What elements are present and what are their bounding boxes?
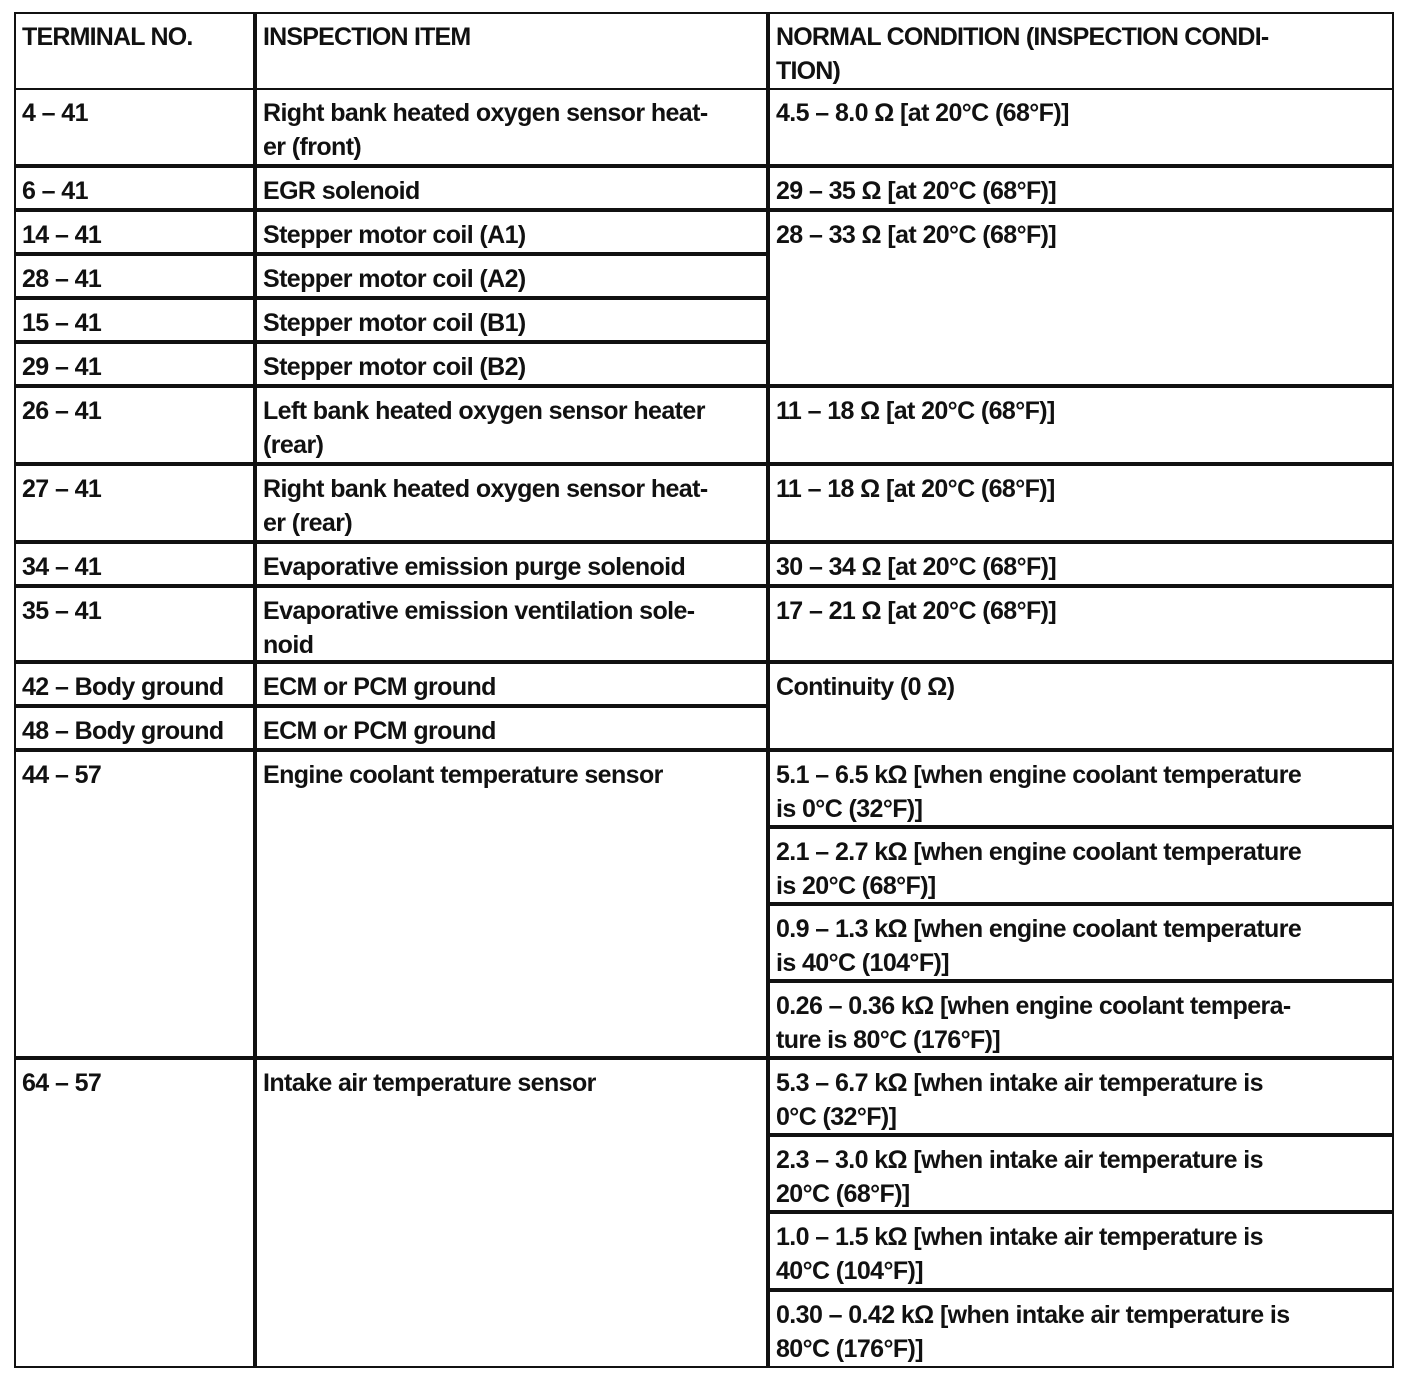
normal-condition-cell: 11 – 18 Ω [at 20°C (68°F)]	[768, 386, 1394, 464]
inspection-item-cell: Evaporative emission purge solenoid	[255, 542, 768, 586]
normal-condition-cell: 29 – 35 Ω [at 20°C (68°F)]	[768, 166, 1394, 210]
inspection-item-cell: Right bank heated oxygen sensor heat- er…	[255, 88, 768, 166]
inspection-item-cell: Left bank heated oxygen sensor heater (r…	[255, 386, 768, 464]
terminal-cell: 42 – Body ground	[14, 662, 255, 706]
terminal-cell: 14 – 41	[14, 210, 255, 254]
inspection-item-cell: Stepper motor coil (A2)	[255, 254, 768, 298]
terminal-cell: 64 – 57	[14, 1058, 255, 1368]
normal-condition-cell: 11 – 18 Ω [at 20°C (68°F)]	[768, 464, 1394, 542]
terminal-cell: 29 – 41	[14, 342, 255, 386]
normal-condition-cell: 5.1 – 6.5 kΩ [when engine coolant temper…	[768, 750, 1394, 827]
inspection-item-cell: Intake air temperature sensor	[255, 1058, 768, 1368]
inspection-item-cell: ECM or PCM ground	[255, 706, 768, 750]
inspection-item-cell: Stepper motor coil (B1)	[255, 298, 768, 342]
header-terminal-no: TERMINAL NO.	[14, 12, 255, 90]
normal-condition-cell: 5.3 – 6.7 kΩ [when intake air temperatur…	[768, 1058, 1394, 1135]
inspection-item-cell: EGR solenoid	[255, 166, 768, 210]
header-normal-condition: NORMAL CONDITION (INSPECTION CONDI- TION…	[768, 12, 1394, 90]
inspection-item-cell: ECM or PCM ground	[255, 662, 768, 706]
terminal-cell: 34 – 41	[14, 542, 255, 586]
normal-condition-cell: 1.0 – 1.5 kΩ [when intake air temperatur…	[768, 1212, 1394, 1290]
terminal-cell: 48 – Body ground	[14, 706, 255, 750]
header-inspection-item: INSPECTION ITEM	[255, 12, 768, 90]
normal-condition-cell: 0.26 – 0.36 kΩ [when engine coolant temp…	[768, 981, 1394, 1058]
normal-condition-cell: 4.5 – 8.0 Ω [at 20°C (68°F)]	[768, 88, 1394, 166]
normal-condition-cell: 17 – 21 Ω [at 20°C (68°F)]	[768, 586, 1394, 662]
terminal-cell: 6 – 41	[14, 166, 255, 210]
normal-condition-cell: 2.3 – 3.0 kΩ [when intake air temperatur…	[768, 1135, 1394, 1212]
terminal-cell: 44 – 57	[14, 750, 255, 1058]
terminal-cell: 15 – 41	[14, 298, 255, 342]
terminal-cell: 4 – 41	[14, 88, 255, 166]
inspection-item-cell: Right bank heated oxygen sensor heat- er…	[255, 464, 768, 542]
inspection-item-cell: Stepper motor coil (B2)	[255, 342, 768, 386]
terminal-cell: 35 – 41	[14, 586, 255, 662]
terminal-cell: 27 – 41	[14, 464, 255, 542]
inspection-item-cell: Engine coolant temperature sensor	[255, 750, 768, 1058]
normal-condition-cell: Continuity (0 Ω)	[768, 662, 1394, 750]
terminal-cell: 28 – 41	[14, 254, 255, 298]
normal-condition-cell: 0.9 – 1.3 kΩ [when engine coolant temper…	[768, 904, 1394, 981]
normal-condition-cell: 0.30 – 0.42 kΩ [when intake air temperat…	[768, 1290, 1394, 1368]
normal-condition-cell: 2.1 – 2.7 kΩ [when engine coolant temper…	[768, 827, 1394, 904]
terminal-cell: 26 – 41	[14, 386, 255, 464]
inspection-item-cell: Stepper motor coil (A1)	[255, 210, 768, 254]
normal-condition-cell: 28 – 33 Ω [at 20°C (68°F)]	[768, 210, 1394, 386]
normal-condition-cell: 30 – 34 Ω [at 20°C (68°F)]	[768, 542, 1394, 586]
inspection-item-cell: Evaporative emission ventilation sole- n…	[255, 586, 768, 662]
